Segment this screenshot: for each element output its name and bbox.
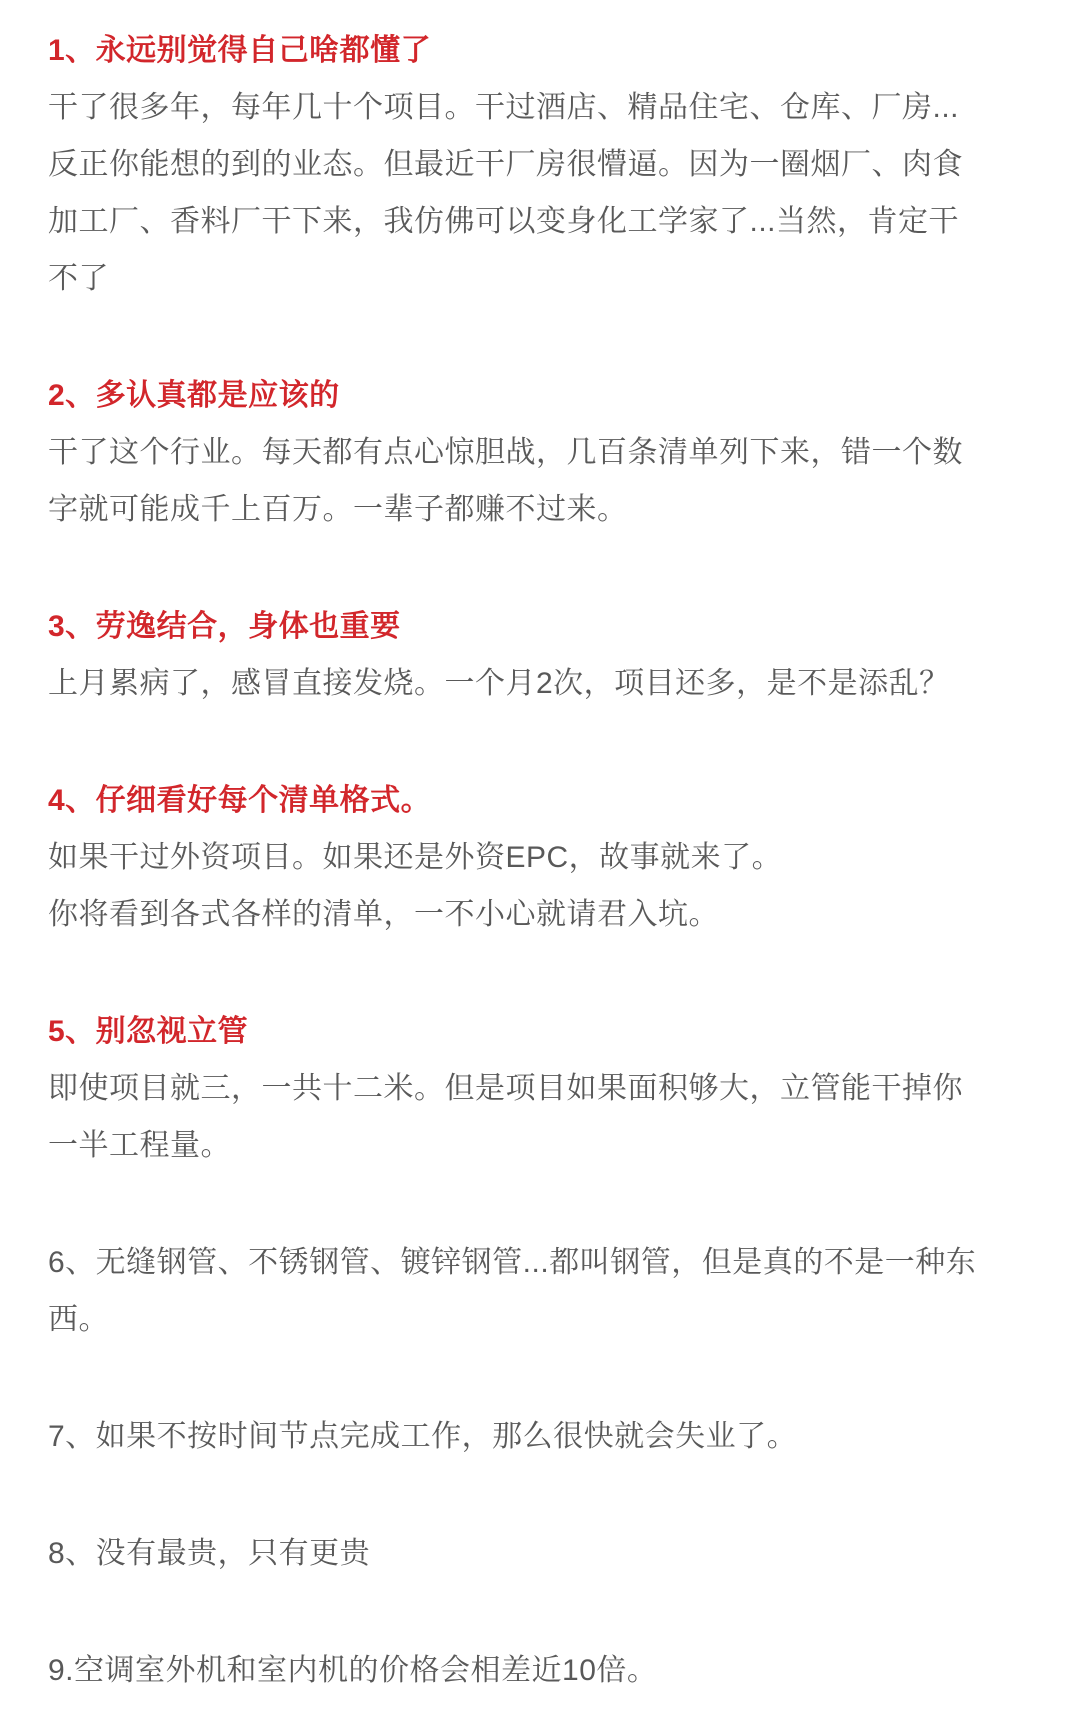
section-4-paragraph-1: 如果干过外资项目。如果还是外资EPC，故事就来了。 (48, 829, 988, 886)
section-3-heading: 3、劳逸结合，身体也重要 (48, 598, 988, 655)
section-1-heading: 1、永远别觉得自己啥都懂了 (48, 22, 988, 79)
section-2: 2、多认真都是应该的 干了这个行业。每天都有点心惊胆战，几百条清单列下来，错一个… (48, 367, 988, 538)
section-9-paragraph-1: 9.空调室外机和室内机的价格会相差近10倍。 (48, 1642, 988, 1699)
section-5: 5、别忽视立管 即使项目就三，一共十二米。但是项目如果面积够大，立管能干掉你一半… (48, 1003, 988, 1174)
section-2-heading: 2、多认真都是应该的 (48, 367, 988, 424)
section-2-paragraph-1: 干了这个行业。每天都有点心惊胆战，几百条清单列下来，错一个数字就可能成千上百万。… (48, 424, 988, 538)
section-5-paragraph-1: 即使项目就三，一共十二米。但是项目如果面积够大，立管能干掉你一半工程量。 (48, 1060, 988, 1174)
section-4: 4、仔细看好每个清单格式。 如果干过外资项目。如果还是外资EPC，故事就来了。 … (48, 772, 988, 943)
section-5-heading: 5、别忽视立管 (48, 1003, 988, 1060)
section-8-paragraph-1: 8、没有最贵，只有更贵 (48, 1525, 988, 1582)
section-6: 6、无缝钢管、不锈钢管、镀锌钢管...都叫钢管，但是真的不是一种东西。 (48, 1234, 988, 1348)
section-7-paragraph-1: 7、如果不按时间节点完成工作，那么很快就会失业了。 (48, 1408, 988, 1465)
section-1-paragraph-1: 干了很多年，每年几十个项目。干过酒店、精品住宅、仓库、厂房...反正你能想的到的… (48, 79, 988, 307)
section-9: 9.空调室外机和室内机的价格会相差近10倍。 (48, 1642, 988, 1699)
section-8: 8、没有最贵，只有更贵 (48, 1525, 988, 1582)
section-3-paragraph-1: 上月累病了，感冒直接发烧。一个月2次，项目还多，是不是添乱？ (48, 655, 988, 712)
section-3: 3、劳逸结合，身体也重要 上月累病了，感冒直接发烧。一个月2次，项目还多，是不是… (48, 598, 988, 712)
section-4-paragraph-2: 你将看到各式各样的清单，一不小心就请君入坑。 (48, 886, 988, 943)
section-7: 7、如果不按时间节点完成工作，那么很快就会失业了。 (48, 1408, 988, 1465)
article: 1、永远别觉得自己啥都懂了 干了很多年，每年几十个项目。干过酒店、精品住宅、仓库… (0, 0, 1080, 1719)
section-4-heading: 4、仔细看好每个清单格式。 (48, 772, 988, 829)
section-1: 1、永远别觉得自己啥都懂了 干了很多年，每年几十个项目。干过酒店、精品住宅、仓库… (48, 22, 988, 307)
section-6-paragraph-1: 6、无缝钢管、不锈钢管、镀锌钢管...都叫钢管，但是真的不是一种东西。 (48, 1234, 988, 1348)
